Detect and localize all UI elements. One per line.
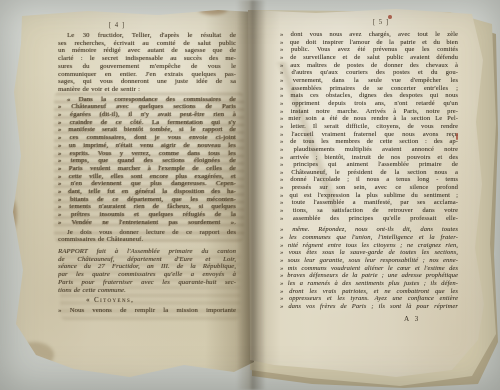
text-line: tions de cette commune. — [58, 287, 236, 295]
text-line: » donné l'accolade ; il nous a tenus lon… — [280, 176, 458, 184]
text-line: un mémoire rédigé avec autant de sagesse… — [58, 47, 236, 55]
text-line: » Vendée ne l'entretenaient pas sourdeme… — [58, 219, 236, 227]
quoted-memoir-passage: « Dans la correspondance des commissaire… — [58, 96, 236, 227]
signature-mark: A 3 — [404, 315, 420, 323]
text-line: » Châteauneuf, le président de la sectio… — [280, 169, 458, 177]
text-line: » esprits. Vous y verrez, comme dans tou… — [58, 150, 236, 158]
text-line: » égarées (dit-il), il n'y avait peut-êt… — [58, 111, 236, 119]
report-heading: RAPPORT fait à l'Assemblée primaire du c… — [58, 248, 236, 294]
text-line: » vous êtes sous la sauve-garde de toute… — [280, 249, 458, 257]
text-line: » de tous les membres de cette section :… — [280, 138, 458, 146]
report-opening-line: » Nous venons de remplir la mission impo… — [58, 307, 236, 315]
salutation: « Citoyens, — [86, 297, 236, 305]
text-line: » pressés sur son sein, avec ce silence … — [280, 184, 458, 192]
text-line: » plaudissements multipliés avaient anno… — [280, 146, 458, 154]
text-line: » Nous venons de remplir la mission impo… — [58, 307, 236, 315]
text-line: » dont vous nous avez chargés, avec tout… — [280, 31, 458, 39]
text-line: » mier soin a été de nous rendre à la se… — [280, 115, 458, 123]
text-line: » mis communs voudraient aliéner le cœur… — [280, 265, 458, 273]
text-line: » ces commissaires, dont je vous envoie … — [58, 134, 236, 142]
text-line: » les a ramenés à des sentiments plus ju… — [280, 280, 458, 288]
text-line: » braves défenseurs de la patrie ; une a… — [280, 272, 458, 280]
text-line: » assemblée des principes qu'elle profes… — [280, 215, 458, 223]
right-page: [ 5 ] » dont vous nous avez chargés, ave… — [246, 2, 492, 384]
ink-stain — [198, 3, 228, 15]
text-line: » tions, sa satisfaction de retrouver da… — [280, 207, 458, 215]
text-line: » dans vos frères de Paris ; ils sont là… — [280, 303, 458, 311]
text-line: RAPPORT fait à l'Assemblée primaire du c… — [58, 248, 236, 256]
intro-paragraph: Le 30 fructidor, Tellier, d'après le rés… — [58, 32, 236, 94]
text-line: Paris pour fraterniser avec les quarante… — [58, 279, 236, 287]
text-line: » de surveillance et de salut public ava… — [280, 54, 458, 62]
ink-stain — [5, 198, 17, 232]
text-line: » dront les vrais patriotes, et ne comba… — [280, 288, 458, 296]
text-line: manière de voir et de sentir : — [58, 86, 236, 94]
text-line: » cette ville, elles sont encore plus ex… — [58, 173, 236, 181]
text-line: » que doit inspirer l'amour de la patrie… — [280, 39, 458, 47]
text-line: clarté : le secret indispensable au succ… — [58, 55, 236, 63]
text-line: » d'autres qu'aux couriers des postes et… — [280, 69, 458, 77]
text-line: » letier. Il serait difficile, citoyens,… — [280, 123, 458, 131]
text-line: » même. Répondez, nous ont-ils dit, dans… — [280, 226, 458, 234]
text-line: de Châteauneuf, département d'Eure et Lo… — [58, 256, 236, 264]
text-line: « Dans la correspondance des commissaire… — [58, 96, 236, 104]
text-line: » public. Vous avez été prévenus que les… — [280, 46, 458, 54]
red-mark — [456, 133, 458, 140]
text-line: sages, qui vous donneront une juste idée… — [58, 78, 236, 86]
text-line: communiquer en entier. J'en extrais quel… — [58, 71, 236, 79]
text-line: » dant, telle fut en général la disposit… — [58, 188, 236, 196]
text-line: » vernement, dans la seule vue d'empêche… — [280, 77, 458, 85]
text-line: » assemblées primaires de se concerter e… — [280, 85, 458, 93]
closing-remark: Je dois vous donner lecture de ce rappor… — [58, 229, 236, 244]
text-line: » oppriment depuis trois ans, n'ont reta… — [280, 100, 458, 108]
text-line: » manifeste serait bientôt tombée, si le… — [58, 126, 236, 134]
text-line: séance du 27 Fructidor, an III. de la Ré… — [58, 263, 236, 271]
text-line: » principes qui animent l'assemblée prim… — [280, 161, 458, 169]
right-page-number: [ 5 ] — [258, 19, 500, 26]
text-line: » Châteauneuf avec quelques sections de … — [58, 103, 236, 111]
text-line: » arrivée ; bientôt, instruit de nos pou… — [280, 154, 458, 162]
text-line: » aux maîtres de postes de donner des ch… — [280, 62, 458, 70]
photo-background: [ 4 ] Le 30 fructidor, Tellier, d'après … — [0, 0, 500, 390]
text-line: » toute l'assemblée a manifesté, par ses… — [280, 199, 458, 207]
ink-stain — [14, 342, 54, 368]
text-line: Je dois vous donner lecture de ce rappor… — [58, 229, 236, 237]
text-line: sures du gouvernement m'empêche de vous … — [58, 63, 236, 71]
text-line: » l'accueil vraiment fraternel que nous … — [280, 131, 458, 139]
text-line: » bitants de ce département, que les méc… — [58, 196, 236, 204]
text-line: » instant notre marche. Arrivés à Paris,… — [280, 108, 458, 116]
quoted-speech: » même. Répondez, nous ont-ils dit, dans… — [280, 226, 458, 310]
text-line: par les quatre commissaires qu'elle a en… — [58, 271, 236, 279]
left-page: [ 4 ] Le 30 fructidor, Tellier, d'après … — [8, 6, 254, 382]
text-line: » sous leur garantie, sous leur responsa… — [280, 257, 458, 265]
text-line: Le 30 fructidor, Tellier, d'après le rés… — [58, 32, 236, 40]
text-line: » tements n'auraient rien de fâcheux, si… — [58, 203, 236, 211]
report-body: » dont vous nous avez chargés, avec tout… — [280, 31, 458, 222]
text-line: » qui est l'expression la plus sublime d… — [280, 192, 458, 200]
text-line: » Paris veulent marcher à l'exemple de c… — [58, 165, 236, 173]
text-line: » mais ces obstacles, dignes des despote… — [280, 92, 458, 100]
right-page-text: » dont vous nous avez chargés, avec tout… — [280, 31, 458, 314]
left-page-number: [ 4 ] — [0, 22, 240, 29]
text-line: » un imprimé, n'était venu aigrir de nou… — [58, 142, 236, 150]
text-line: » craindre de ce côté. La fermentation q… — [58, 119, 236, 127]
text-line: ses recherches, écrivait au comité de sa… — [58, 40, 236, 48]
text-line: » nité régnent entre tous les citoyens ;… — [280, 242, 458, 250]
text-line: » temps, que quand des sections éloignée… — [58, 157, 236, 165]
red-mark — [388, 15, 392, 19]
text-line: » les communes que l'union, l'intelligen… — [280, 234, 458, 242]
text-line: commissaires de Châteauneuf. — [58, 236, 236, 244]
text-line: » n'en deviennent que plus dangereuses. … — [58, 180, 236, 188]
text-line: » oppresseurs et les tyrans. Ayez une co… — [280, 295, 458, 303]
left-page-text: Le 30 fructidor, Tellier, d'après le rés… — [58, 32, 236, 317]
text-line: » prêtres insoumis et quelques réfugiés … — [58, 211, 236, 219]
